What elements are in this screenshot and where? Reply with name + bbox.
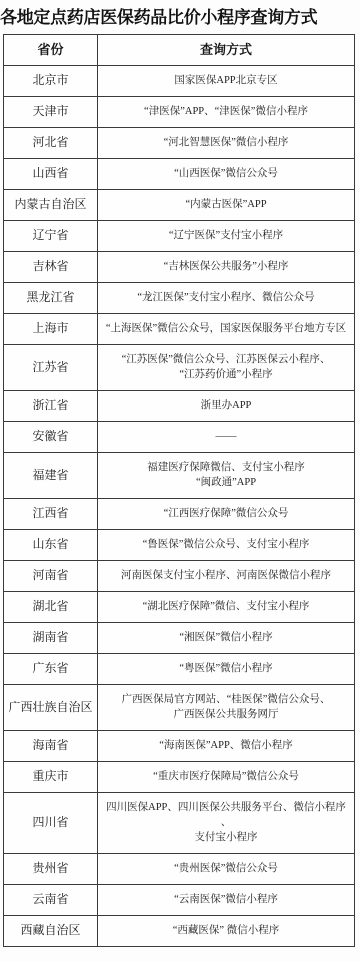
method-cell: “山西医保”微信公众号 bbox=[98, 159, 355, 190]
method-cell: 福建医疗保障微信、支付宝小程序 “闽政通”APP bbox=[98, 453, 355, 499]
table-row: 海南省 “海南医保”APP、微信小程序 bbox=[4, 731, 355, 762]
method-cell: “云南医保”微信小程序 bbox=[98, 885, 355, 916]
province-cell: 贵州省 bbox=[4, 854, 98, 885]
method-cell: 四川医保APP、四川医保公共服务平台、微信小程序 、 支付宝小程序 bbox=[98, 793, 355, 854]
province-cell: 吉林省 bbox=[4, 252, 98, 283]
province-cell: 海南省 bbox=[4, 731, 98, 762]
province-cell: 广西壮族自治区 bbox=[4, 685, 98, 731]
table-row: 湖北省 “湖北医疗保障”微信、支付宝小程序 bbox=[4, 592, 355, 623]
province-cell: 辽宁省 bbox=[4, 221, 98, 252]
province-cell: 山东省 bbox=[4, 530, 98, 561]
table-row: 贵州省 “贵州医保”微信公众号 bbox=[4, 854, 355, 885]
table-row: 西藏自治区 “西藏医保” 微信小程序 bbox=[4, 916, 355, 947]
table-row: 山东省 “鲁医保”微信公众号、支付宝小程序 bbox=[4, 530, 355, 561]
province-cell: 河南省 bbox=[4, 561, 98, 592]
method-cell: “重庆市医疗保障局”微信公众号 bbox=[98, 762, 355, 793]
province-cell: 广东省 bbox=[4, 654, 98, 685]
method-cell: 浙里办APP bbox=[98, 391, 355, 422]
method-cell: “贵州医保”微信公众号 bbox=[98, 854, 355, 885]
table-row: 上海市 “上海医保”微信公众号，国家医保服务平台地方专区 bbox=[4, 314, 355, 345]
method-cell: “河北智慧医保”微信小程序 bbox=[98, 128, 355, 159]
province-cell: 湖北省 bbox=[4, 592, 98, 623]
table-row: 北京市 国家医保APP北京专区 bbox=[4, 66, 355, 97]
price-query-table: 省份 查询方式 北京市 国家医保APP北京专区 天津市 “津医保”APP、“津医… bbox=[3, 34, 355, 947]
table-row: 云南省 “云南医保”微信小程序 bbox=[4, 885, 355, 916]
method-cell: “上海医保”微信公众号，国家医保服务平台地方专区 bbox=[98, 314, 355, 345]
table-row: 江西省 “江西医疗保障”微信公众号 bbox=[4, 499, 355, 530]
province-cell: 山西省 bbox=[4, 159, 98, 190]
province-cell: 天津市 bbox=[4, 97, 98, 128]
table-row: 安徽省 —— bbox=[4, 422, 355, 453]
table-row: 四川省 四川医保APP、四川医保公共服务平台、微信小程序 、 支付宝小程序 bbox=[4, 793, 355, 854]
method-cell: 国家医保APP北京专区 bbox=[98, 66, 355, 97]
method-cell: “西藏医保” 微信小程序 bbox=[98, 916, 355, 947]
header-method: 查询方式 bbox=[98, 35, 355, 66]
method-cell: “湘医保”微信小程序 bbox=[98, 623, 355, 654]
method-cell: “吉林医保公共服务”小程序 bbox=[98, 252, 355, 283]
province-cell: 湖南省 bbox=[4, 623, 98, 654]
province-cell: 北京市 bbox=[4, 66, 98, 97]
table-row: 吉林省 “吉林医保公共服务”小程序 bbox=[4, 252, 355, 283]
table-row: 重庆市 “重庆市医疗保障局”微信公众号 bbox=[4, 762, 355, 793]
table-row: 内蒙古自治区 “内蒙古医保”APP bbox=[4, 190, 355, 221]
province-cell: 黑龙江省 bbox=[4, 283, 98, 314]
table-row: 江苏省 “江苏医保”微信公众号、江苏医保云小程序、 “江苏药价通”小程序 bbox=[4, 345, 355, 391]
province-cell: 河北省 bbox=[4, 128, 98, 159]
table-body: 北京市 国家医保APP北京专区 天津市 “津医保”APP、“津医保”微信小程序 … bbox=[4, 66, 355, 947]
province-cell: 云南省 bbox=[4, 885, 98, 916]
table-row: 天津市 “津医保”APP、“津医保”微信小程序 bbox=[4, 97, 355, 128]
province-cell: 重庆市 bbox=[4, 762, 98, 793]
province-cell: 内蒙古自治区 bbox=[4, 190, 98, 221]
province-cell: 上海市 bbox=[4, 314, 98, 345]
method-cell: “津医保”APP、“津医保”微信小程序 bbox=[98, 97, 355, 128]
method-cell: “内蒙古医保”APP bbox=[98, 190, 355, 221]
province-cell: 四川省 bbox=[4, 793, 98, 854]
table-row: 辽宁省 “辽宁医保”支付宝小程序 bbox=[4, 221, 355, 252]
method-cell: “龙江医保”支付宝小程序、微信公众号 bbox=[98, 283, 355, 314]
method-cell: “辽宁医保”支付宝小程序 bbox=[98, 221, 355, 252]
method-cell: 河南医保支付宝小程序、河南医保微信小程序 bbox=[98, 561, 355, 592]
table-row: 福建省 福建医疗保障微信、支付宝小程序 “闽政通”APP bbox=[4, 453, 355, 499]
header-province: 省份 bbox=[4, 35, 98, 66]
table-row: 广西壮族自治区 广西医保局官方网站、“桂医保”微信公众号、 广西医保公共服务网厅 bbox=[4, 685, 355, 731]
page: 各地定点药店医保药品比价小程序查询方式 省份 查询方式 北京市 国家医保APP北… bbox=[0, 0, 360, 961]
method-cell: “江苏医保”微信公众号、江苏医保云小程序、 “江苏药价通”小程序 bbox=[98, 345, 355, 391]
province-cell: 江苏省 bbox=[4, 345, 98, 391]
table-row: 湖南省 “湘医保”微信小程序 bbox=[4, 623, 355, 654]
table-row: 浙江省 浙里办APP bbox=[4, 391, 355, 422]
table-row: 广东省 “粤医保”微信小程序 bbox=[4, 654, 355, 685]
page-title: 各地定点药店医保药品比价小程序查询方式 bbox=[0, 7, 360, 29]
table-row: 河北省 “河北智慧医保”微信小程序 bbox=[4, 128, 355, 159]
method-cell: “江西医疗保障”微信公众号 bbox=[98, 499, 355, 530]
method-cell: —— bbox=[98, 422, 355, 453]
province-cell: 浙江省 bbox=[4, 391, 98, 422]
method-cell: “湖北医疗保障”微信、支付宝小程序 bbox=[98, 592, 355, 623]
header-row: 省份 查询方式 bbox=[4, 35, 355, 66]
method-cell: “鲁医保”微信公众号、支付宝小程序 bbox=[98, 530, 355, 561]
method-cell: “粤医保”微信小程序 bbox=[98, 654, 355, 685]
province-cell: 安徽省 bbox=[4, 422, 98, 453]
province-cell: 福建省 bbox=[4, 453, 98, 499]
province-cell: 江西省 bbox=[4, 499, 98, 530]
method-cell: 广西医保局官方网站、“桂医保”微信公众号、 广西医保公共服务网厅 bbox=[98, 685, 355, 731]
table-row: 山西省 “山西医保”微信公众号 bbox=[4, 159, 355, 190]
method-cell: “海南医保”APP、微信小程序 bbox=[98, 731, 355, 762]
province-cell: 西藏自治区 bbox=[4, 916, 98, 947]
table-row: 黑龙江省 “龙江医保”支付宝小程序、微信公众号 bbox=[4, 283, 355, 314]
table-row: 河南省 河南医保支付宝小程序、河南医保微信小程序 bbox=[4, 561, 355, 592]
